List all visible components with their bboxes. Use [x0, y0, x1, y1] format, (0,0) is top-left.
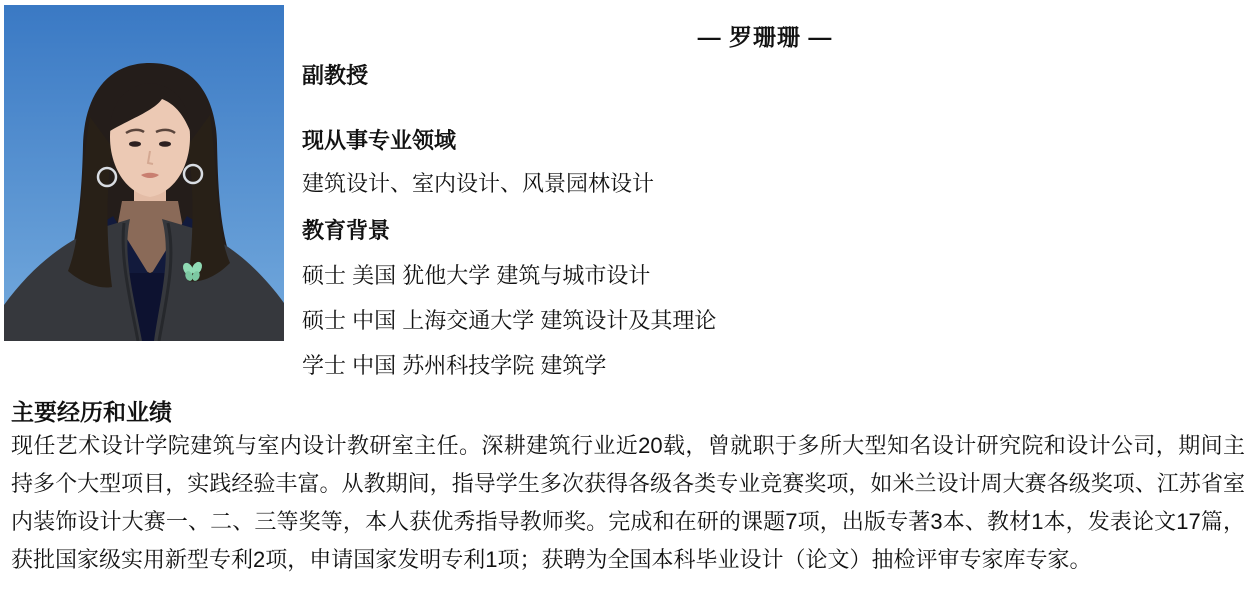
experience-paragraph: 现任艺术设计学院建筑与室内设计教研室主任。深耕建筑行业近20载，曾就职于多所大型… [11, 427, 1245, 579]
education-item: 学士 中国 苏州科技学院 建筑学 [302, 349, 606, 380]
experience-section-label: 主要经历和业绩 [11, 394, 172, 427]
eye-right [159, 141, 171, 147]
education-item: 硕士 美国 犹他大学 建筑与城市设计 [302, 259, 650, 290]
education-section-label: 教育背景 [302, 214, 390, 245]
education-item: 硕士 中国 上海交通大学 建筑设计及其理论 [302, 304, 716, 335]
page-title-name: — 罗珊珊 — [290, 19, 1240, 52]
professional-title: 副教授 [302, 59, 368, 90]
field-section-value: 建筑设计、室内设计、风景园林设计 [302, 167, 654, 198]
eye-left [129, 141, 141, 147]
faculty-profile-page: — 罗珊珊 — 副教授 现从事专业领域 建筑设计、室内设计、风景园林设计 教育背… [0, 0, 1253, 599]
faculty-portrait-photo [4, 5, 284, 341]
portrait-illustration [4, 5, 284, 341]
field-section-label: 现从事专业领域 [302, 124, 456, 155]
